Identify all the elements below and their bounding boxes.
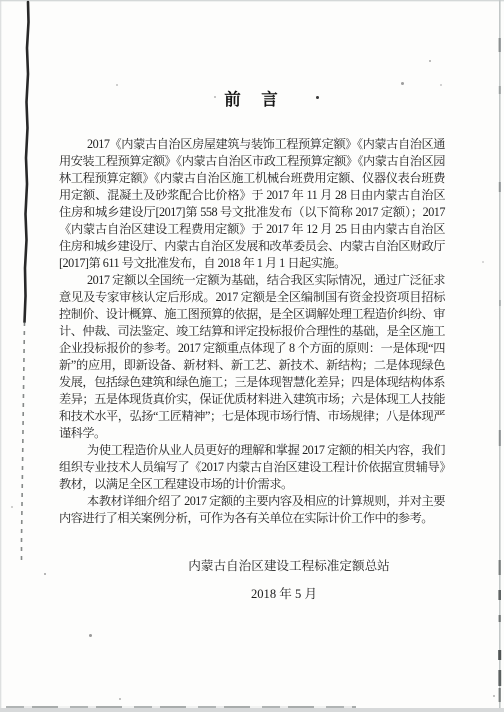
paragraph-3: 为使工程造价从业人员更好的理解和掌握 2017 定额的相关内容，我们组织专业技术… <box>59 442 445 493</box>
preface-body: 2017《内蒙古自治区房屋建筑与装饰工程预算定额》《内蒙古自治区通用安装工程预算… <box>59 136 445 527</box>
scan-speck <box>89 634 92 637</box>
signature-organization: 内蒙古自治区建设工程标准定额总站 <box>37 555 504 574</box>
paragraph-4: 本教材详细介绍了 2017 定额的主要内容及相应的计算规则，并对主要内容进行了相… <box>59 493 445 527</box>
scan-speck <box>493 695 495 697</box>
scanned-document-page: 前 言 2017《内蒙古自治区房屋建筑与装饰工程预算定额》《内蒙古自治区通用安装… <box>0 0 504 712</box>
paragraph-1: 2017《内蒙古自治区房屋建筑与装饰工程预算定额》《内蒙古自治区通用安装工程预算… <box>59 136 445 272</box>
signature-date: 2018 年 5 月 <box>32 583 504 602</box>
paragraph-2: 2017 定额以全国统一定额为基础，结合我区实际情况，通过广泛征求意见及专家审核… <box>59 272 445 442</box>
scan-speck <box>429 60 431 62</box>
scan-edge-bottom <box>0 708 504 712</box>
page-title: 前 言 <box>0 86 504 110</box>
scan-speck <box>11 506 13 508</box>
scan-speck <box>401 82 404 85</box>
scan-edge-top <box>0 0 504 2</box>
scan-speck <box>482 261 484 263</box>
scan-speck <box>119 698 121 700</box>
